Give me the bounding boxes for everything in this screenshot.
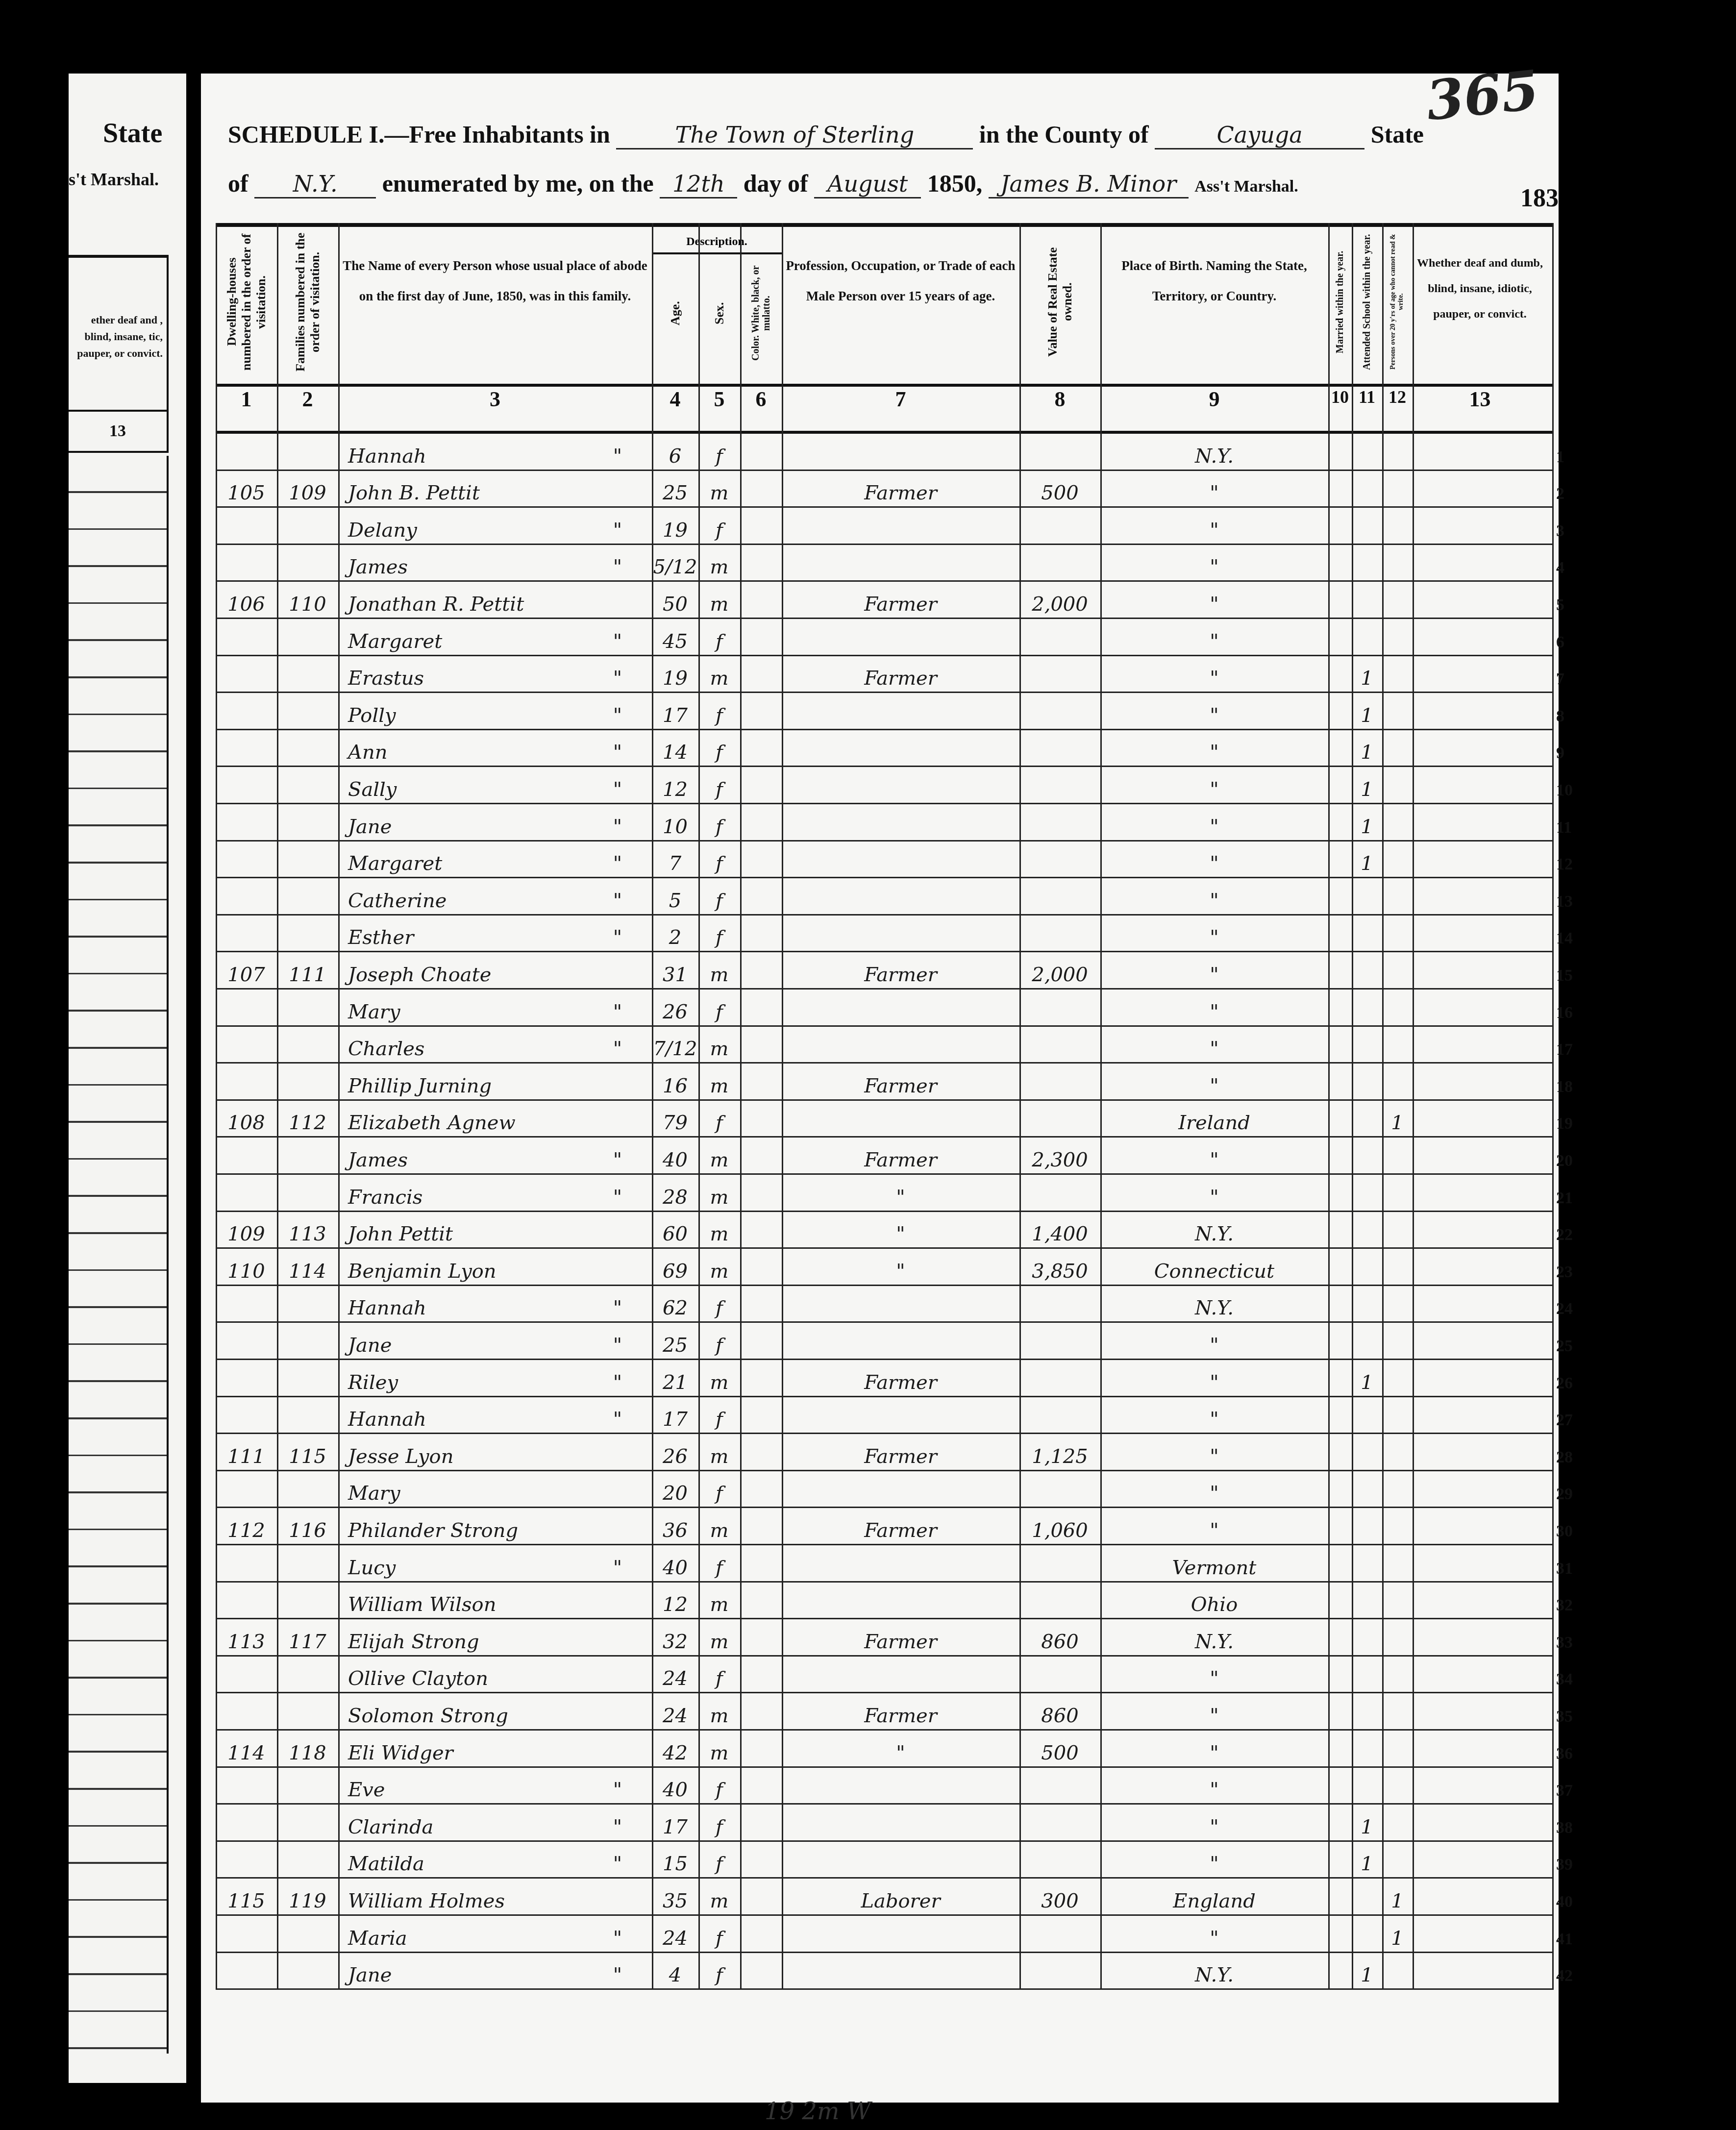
line-number: 6 <box>1556 633 1564 652</box>
cell-name: Jane <box>348 1334 583 1357</box>
cell-name: Maria <box>348 1927 583 1950</box>
cell-occupation: " <box>782 1186 1019 1209</box>
line-number: 28 <box>1556 1448 1573 1467</box>
cell-name: Joseph Choate <box>348 964 583 986</box>
line-number: 42 <box>1556 1967 1573 1985</box>
cell-age: 40 <box>652 1149 698 1171</box>
cell-sex: m <box>698 593 740 616</box>
line-number: 38 <box>1556 1819 1573 1837</box>
cell-illiterate: 1 <box>1382 1890 1413 1912</box>
column-rule <box>1352 223 1353 1990</box>
cell-age: 4 <box>652 1964 698 1986</box>
cell-ditto: " <box>593 519 642 542</box>
cell-value: 2,300 <box>1019 1149 1100 1171</box>
prev-marshal-label: s't Marshal. <box>69 169 159 190</box>
enumeration-line: of N.Y. enumerated by me, on the 12th da… <box>228 169 1298 198</box>
column-rule <box>277 223 278 1990</box>
col-header-real-estate: Value of Real Estate owned. <box>1019 231 1100 384</box>
line-number: 40 <box>1556 1893 1573 1911</box>
cell-sex: f <box>698 630 740 653</box>
cell-name: Eli Widger <box>348 1742 583 1764</box>
cell-sex: m <box>698 1371 740 1394</box>
cell-sex: m <box>698 1038 740 1060</box>
cell-birthplace: N.Y. <box>1100 1223 1328 1245</box>
cell-occupation: Farmer <box>782 964 1019 986</box>
cell-family: 118 <box>277 1742 338 1764</box>
cell-age: 14 <box>652 741 698 764</box>
description-group-header: Description. <box>652 231 782 254</box>
line-number: 5 <box>1556 596 1564 615</box>
cell-occupation: Farmer <box>782 1149 1019 1171</box>
month-field: August <box>814 171 921 198</box>
cell-ditto: " <box>593 556 642 578</box>
cell-name: James <box>348 556 583 578</box>
cell-birthplace: " <box>1100 741 1328 764</box>
cell-family: 113 <box>277 1223 338 1245</box>
line-number: 16 <box>1556 1004 1573 1022</box>
cell-sex: f <box>698 1001 740 1023</box>
col-header-family: Families numbered in the order of visita… <box>277 231 338 384</box>
cell-sex: m <box>698 1260 740 1283</box>
column-rule <box>698 223 700 1990</box>
cell-value: 1,125 <box>1019 1445 1100 1468</box>
cell-age: 26 <box>652 1001 698 1023</box>
cell-birthplace: " <box>1100 1742 1328 1764</box>
cell-occupation: " <box>782 1260 1019 1283</box>
cell-sex: f <box>698 1112 740 1134</box>
line-number: 19 <box>1556 1115 1573 1133</box>
cell-occupation: Farmer <box>782 1519 1019 1542</box>
cell-ditto: " <box>593 1038 642 1060</box>
cell-value: 500 <box>1019 1742 1100 1764</box>
cell-ditto: " <box>593 1964 642 1986</box>
cell-illiterate: 1 <box>1382 1927 1413 1950</box>
line-number: 11 <box>1556 818 1572 837</box>
cell-birthplace: " <box>1100 1519 1328 1542</box>
cell-school: 1 <box>1352 741 1382 764</box>
cell-name: Ann <box>348 741 583 764</box>
line-number: 25 <box>1556 1337 1573 1356</box>
cell-occupation: Farmer <box>782 1705 1019 1727</box>
col-header-illiterate: Persons over 20 y'rs of age who cannot r… <box>1382 231 1413 384</box>
line-number: 22 <box>1556 1226 1573 1244</box>
cell-sex: f <box>698 778 740 801</box>
cell-name: Sally <box>348 778 583 801</box>
cell-birthplace: " <box>1100 852 1328 875</box>
cell-school: 1 <box>1352 667 1382 690</box>
cell-ditto: " <box>593 926 642 949</box>
cell-age: 36 <box>652 1519 698 1542</box>
cell-name: Jane <box>348 816 583 838</box>
cell-age: 60 <box>652 1223 698 1245</box>
cell-birthplace: Ireland <box>1100 1112 1328 1134</box>
line-number: 24 <box>1556 1300 1573 1318</box>
column-rule <box>652 223 653 1990</box>
cell-name: Mary <box>348 1482 583 1505</box>
cell-sex: f <box>698 1667 740 1690</box>
cell-dwelling: 115 <box>216 1890 277 1912</box>
col-num-12: 12 <box>1382 387 1413 431</box>
cell-birthplace: Ohio <box>1100 1593 1328 1616</box>
day-of-label: day of <box>744 170 808 197</box>
cell-birthplace: N.Y. <box>1100 445 1328 468</box>
cell-sex: m <box>698 1742 740 1764</box>
cell-dwelling: 105 <box>216 482 277 504</box>
cell-ditto: " <box>593 1779 642 1801</box>
enumerated-label: enumerated by me, on the <box>382 170 654 197</box>
previous-page-strip: State s't Marshal. ether deaf and , blin… <box>69 74 186 2083</box>
cell-family: 110 <box>277 593 338 616</box>
cell-occupation: Farmer <box>782 1631 1019 1653</box>
cell-name: Riley <box>348 1371 583 1394</box>
cell-birthplace: " <box>1100 1371 1328 1394</box>
cell-age: 35 <box>652 1890 698 1912</box>
column-rule <box>1552 223 1554 1990</box>
col-header-sex: Sex. <box>698 254 740 380</box>
cell-value: 2,000 <box>1019 593 1100 616</box>
cell-occupation: Laborer <box>782 1890 1019 1912</box>
cell-sex: f <box>698 1334 740 1357</box>
cell-name: Margaret <box>348 630 583 653</box>
cell-birthplace: " <box>1100 1667 1328 1690</box>
cell-name: Erastus <box>348 667 583 690</box>
cell-ditto: " <box>593 1557 642 1579</box>
page-number: 183 <box>1520 184 1559 213</box>
cell-sex: m <box>698 1186 740 1209</box>
cell-occupation: Farmer <box>782 1445 1019 1468</box>
cell-sex: m <box>698 1705 740 1727</box>
marshal-label: Ass't Marshal. <box>1194 177 1298 196</box>
cell-value: 860 <box>1019 1705 1100 1727</box>
cell-value: 2,000 <box>1019 964 1100 986</box>
year-label: 1850, <box>927 170 983 197</box>
cell-age: 19 <box>652 667 698 690</box>
cell-name: Jane <box>348 1964 583 1986</box>
cell-name: Jesse Lyon <box>348 1445 583 1468</box>
cell-age: 26 <box>652 1445 698 1468</box>
prev-column-header: ether deaf and , blind, insane, tic, pau… <box>69 255 169 412</box>
cell-age: 25 <box>652 482 698 504</box>
line-number: 1 <box>1556 448 1564 467</box>
state-label: State <box>1371 121 1424 148</box>
line-number: 33 <box>1556 1634 1573 1652</box>
cell-name: Matilda <box>348 1853 583 1875</box>
cell-sex: f <box>698 1557 740 1579</box>
schedule-title: SCHEDULE I.—Free Inhabitants in <box>228 121 610 148</box>
line-number: 26 <box>1556 1374 1573 1393</box>
cell-sex: m <box>698 1593 740 1616</box>
cell-age: 17 <box>652 704 698 727</box>
cell-occupation: Farmer <box>782 667 1019 690</box>
col-num-4: 4 <box>652 387 698 431</box>
cell-sex: m <box>698 964 740 986</box>
cell-birthplace: " <box>1100 1779 1328 1801</box>
cell-sex: f <box>698 1927 740 1950</box>
cell-age: 12 <box>652 778 698 801</box>
cell-age: 69 <box>652 1260 698 1283</box>
col-header-name: The Name of every Person whose usual pla… <box>338 231 652 384</box>
cell-family: 117 <box>277 1631 338 1653</box>
cell-birthplace: Connecticut <box>1100 1260 1328 1283</box>
cell-value: 3,850 <box>1019 1260 1100 1283</box>
col-num-10: 10 <box>1328 387 1352 431</box>
cell-age: 19 <box>652 519 698 542</box>
column-rule <box>1413 223 1414 1990</box>
col-header-condition: Whether deaf and dumb, blind, insane, id… <box>1413 231 1547 384</box>
prev-state-label: State <box>103 118 162 149</box>
cell-birthplace: " <box>1100 1038 1328 1060</box>
place-field: The Town of Sterling <box>616 122 973 149</box>
col-num-6: 6 <box>740 387 782 431</box>
cell-name: Charles <box>348 1038 583 1060</box>
column-rule <box>1328 223 1330 1990</box>
cell-birthplace: " <box>1100 482 1328 504</box>
cell-age: 5/12 <box>652 556 698 578</box>
cell-ditto: " <box>593 890 642 912</box>
cell-ditto: " <box>593 778 642 801</box>
marshal-name-field: James B. Minor <box>989 171 1189 198</box>
cell-birthplace: " <box>1100 816 1328 838</box>
cell-family: 109 <box>277 482 338 504</box>
cell-name: Mary <box>348 1001 583 1023</box>
cell-name: Benjamin Lyon <box>348 1260 583 1283</box>
col-header-color: Color. White, black, or mulatto. <box>740 254 782 380</box>
column-rule <box>740 223 742 1990</box>
cell-value: 1,400 <box>1019 1223 1100 1245</box>
col-num-1: 1 <box>216 387 277 431</box>
cell-birthplace: England <box>1100 1890 1328 1912</box>
cell-name: Elijah Strong <box>348 1631 583 1653</box>
cell-sex: f <box>698 926 740 949</box>
cell-school: 1 <box>1352 1853 1382 1875</box>
cell-age: 17 <box>652 1816 698 1838</box>
cell-birthplace: N.Y. <box>1100 1631 1328 1653</box>
col-num-3: 3 <box>338 387 652 431</box>
cell-age: 2 <box>652 926 698 949</box>
cell-occupation: Farmer <box>782 482 1019 504</box>
cell-school: 1 <box>1352 852 1382 875</box>
cell-age: 15 <box>652 1853 698 1875</box>
line-number: 2 <box>1556 485 1564 503</box>
cell-dwelling: 110 <box>216 1260 277 1283</box>
cell-family: 111 <box>277 964 338 986</box>
line-number: 7 <box>1556 670 1564 689</box>
prev-ruled-rows <box>69 456 169 2054</box>
cell-birthplace: " <box>1100 1927 1328 1950</box>
cell-sex: f <box>698 1816 740 1838</box>
line-number: 18 <box>1556 1078 1573 1096</box>
cell-ditto: " <box>593 1001 642 1023</box>
cell-name: John B. Pettit <box>348 482 583 504</box>
cell-name: Hannah <box>348 445 583 468</box>
cell-ditto: " <box>593 1408 642 1431</box>
line-number: 8 <box>1556 707 1564 726</box>
cell-birthplace: " <box>1100 1705 1328 1727</box>
line-number: 34 <box>1556 1670 1573 1689</box>
cell-illiterate: 1 <box>1382 1112 1413 1134</box>
cell-ditto: " <box>593 1334 642 1357</box>
col-header-age: Age. <box>652 254 698 380</box>
cell-name: Elizabeth Agnew <box>348 1112 583 1134</box>
cell-birthplace: " <box>1100 1816 1328 1838</box>
stamped-page-number: 365 <box>1423 58 1542 132</box>
cell-birthplace: " <box>1100 556 1328 578</box>
cell-school: 1 <box>1352 816 1382 838</box>
col-num-9: 9 <box>1100 387 1328 431</box>
cell-name: James <box>348 1149 583 1171</box>
cell-name: Polly <box>348 704 583 727</box>
cell-ditto: " <box>593 1186 642 1209</box>
col-header-occupation: Profession, Occupation, or Trade of each… <box>782 231 1019 384</box>
of-label: of <box>228 170 248 197</box>
cell-school: 1 <box>1352 1816 1382 1838</box>
cell-sex: f <box>698 890 740 912</box>
book-gutter <box>186 74 201 2083</box>
cell-birthplace: " <box>1100 1001 1328 1023</box>
column-rule <box>782 223 783 1990</box>
prev-column-number: 13 <box>69 412 169 453</box>
cell-occupation: " <box>782 1742 1019 1764</box>
cell-name: Philander Strong <box>348 1519 583 1542</box>
cell-family: 112 <box>277 1112 338 1134</box>
cell-sex: m <box>698 667 740 690</box>
cell-age: 24 <box>652 1705 698 1727</box>
day-field: 12th <box>660 171 737 198</box>
cell-ditto: " <box>593 1149 642 1171</box>
cell-age: 5 <box>652 890 698 912</box>
line-number: 4 <box>1556 559 1564 577</box>
cell-age: 31 <box>652 964 698 986</box>
cell-sex: m <box>698 1075 740 1097</box>
col-num-2: 2 <box>277 387 338 431</box>
cell-age: 25 <box>652 1334 698 1357</box>
cell-birthplace: N.Y. <box>1100 1964 1328 1986</box>
cell-birthplace: " <box>1100 778 1328 801</box>
cell-name: Ollive Clayton <box>348 1667 583 1690</box>
cell-sex: f <box>698 445 740 468</box>
cell-sex: f <box>698 1482 740 1505</box>
county-field: Cayuga <box>1155 122 1364 149</box>
cell-ditto: " <box>593 1816 642 1838</box>
cell-age: 17 <box>652 1408 698 1431</box>
col-header-dwelling: Dwelling-houses numbered in the order of… <box>216 231 277 384</box>
line-number: 36 <box>1556 1745 1573 1763</box>
cell-name: William Wilson <box>348 1593 583 1616</box>
cell-school: 1 <box>1352 778 1382 801</box>
line-number: 23 <box>1556 1263 1573 1282</box>
cell-family: 114 <box>277 1260 338 1283</box>
cell-sex: f <box>698 1408 740 1431</box>
cell-name: William Holmes <box>348 1890 583 1912</box>
cell-name: Jonathan R. Pettit <box>348 593 583 616</box>
cell-birthplace: N.Y. <box>1100 1297 1328 1319</box>
cell-name: Eve <box>348 1779 583 1801</box>
line-number: 29 <box>1556 1485 1573 1504</box>
cell-dwelling: 114 <box>216 1742 277 1764</box>
cell-age: 12 <box>652 1593 698 1616</box>
cell-sex: m <box>698 1890 740 1912</box>
cell-age: 16 <box>652 1075 698 1097</box>
cell-ditto: " <box>593 741 642 764</box>
line-number: 41 <box>1556 1930 1573 1949</box>
cell-ditto: " <box>593 704 642 727</box>
column-rule <box>1100 223 1102 1990</box>
cell-age: 50 <box>652 593 698 616</box>
cell-dwelling: 107 <box>216 964 277 986</box>
cell-age: 45 <box>652 630 698 653</box>
cell-ditto: " <box>593 667 642 690</box>
cell-occupation: Farmer <box>782 1075 1019 1097</box>
cell-family: 115 <box>277 1445 338 1468</box>
cell-name: Delany <box>348 519 583 542</box>
col-header-married: Married within the year. <box>1328 231 1352 384</box>
cell-sex: f <box>698 1297 740 1319</box>
cell-sex: f <box>698 1779 740 1801</box>
cell-sex: f <box>698 704 740 727</box>
cell-age: 62 <box>652 1297 698 1319</box>
line-number: 9 <box>1556 744 1564 763</box>
line-number: 12 <box>1556 855 1573 874</box>
cell-occupation: " <box>782 1223 1019 1245</box>
cell-sex: f <box>698 1964 740 1986</box>
cell-sex: m <box>698 1149 740 1171</box>
column-rule <box>216 223 217 1990</box>
cell-value: 500 <box>1019 482 1100 504</box>
cell-name: Francis <box>348 1186 583 1209</box>
cell-birthplace: " <box>1100 1853 1328 1875</box>
cell-age: 6 <box>652 445 698 468</box>
cell-birthplace: " <box>1100 704 1328 727</box>
cell-value: 1,060 <box>1019 1519 1100 1542</box>
cell-birthplace: " <box>1100 926 1328 949</box>
cell-family: 116 <box>277 1519 338 1542</box>
cell-ditto: " <box>593 816 642 838</box>
cell-school: 1 <box>1352 1371 1382 1394</box>
line-number: 15 <box>1556 966 1573 985</box>
cell-name: Catherine <box>348 890 583 912</box>
cell-occupation: Farmer <box>782 593 1019 616</box>
cell-sex: f <box>698 519 740 542</box>
cell-age: 40 <box>652 1779 698 1801</box>
cell-sex: f <box>698 816 740 838</box>
col-num-5: 5 <box>698 387 740 431</box>
line-number: 39 <box>1556 1856 1573 1874</box>
cell-age: 10 <box>652 816 698 838</box>
col-num-11: 11 <box>1352 387 1382 431</box>
cell-name: Phillip Jurning <box>348 1075 583 1097</box>
cell-value: 300 <box>1019 1890 1100 1912</box>
line-number: 37 <box>1556 1782 1573 1800</box>
cell-sex: f <box>698 1853 740 1875</box>
cell-birthplace: Vermont <box>1100 1557 1328 1579</box>
cell-name: Hannah <box>348 1297 583 1319</box>
cell-age: 28 <box>652 1186 698 1209</box>
cell-sex: f <box>698 741 740 764</box>
cell-age: 40 <box>652 1557 698 1579</box>
cell-birthplace: " <box>1100 1186 1328 1209</box>
cell-birthplace: " <box>1100 964 1328 986</box>
cell-dwelling: 112 <box>216 1519 277 1542</box>
cell-name: Esther <box>348 926 583 949</box>
cell-dwelling: 109 <box>216 1223 277 1245</box>
cell-age: 7 <box>652 852 698 875</box>
col-num-7: 7 <box>782 387 1019 431</box>
cell-age: 42 <box>652 1742 698 1764</box>
cell-sex: m <box>698 1519 740 1542</box>
cell-sex: m <box>698 556 740 578</box>
cell-school: 1 <box>1352 1964 1382 1986</box>
cell-ditto: " <box>593 1927 642 1950</box>
